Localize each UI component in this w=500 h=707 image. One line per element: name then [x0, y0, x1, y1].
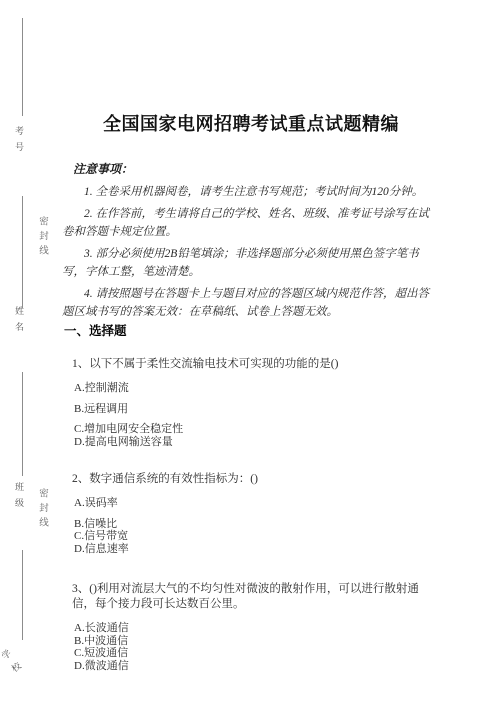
notice-item-3: 3. 部分必须使用2B铅笔填涂；非选择题部分必须使用黑色签字笔书写，字体工整，笔…: [62, 245, 440, 281]
seal-line-segment: [22, 18, 23, 116]
question-3-option-c: C.短波通信: [74, 647, 440, 660]
question-3-options: A.长波通信 B.中波通信 C.短波通信 D.微波通信: [72, 622, 440, 672]
question-3-option-b: B.中波通信: [74, 635, 440, 648]
notice-item-2: 2. 在作答前，考生请将自己的学校、姓名、班级、准考证号涂写在试卷和答题卡规定位…: [62, 205, 440, 241]
notice-item-1: 1. 全卷采用机器阅卷，请考生注意书写规范；考试时间为120分钟。: [62, 183, 440, 201]
question-2: 2、数字通信系统的有效性指标为：() A.误码率 B.信噪比 C.信号带宽 D.…: [72, 472, 440, 555]
question-2-option-b: B.信噪比: [74, 518, 440, 531]
question-3-text: 3、()利用对流层大气的不均匀性对微波的散射作用，可以进行散射通信，每个接力段可…: [72, 582, 440, 612]
question-1-options: A.控制潮流 B.远程调用 C.增加电网安全稳定性 D.提高电网输送容量: [72, 382, 440, 448]
margin-label-name: 姓名: [14, 306, 23, 338]
sealed-line-text: 密封线: [37, 216, 47, 260]
question-2-option-a: A.误码率: [74, 497, 440, 510]
exam-paper-page: 考号 密封线 姓名 班级 密封线 学校 全国国家电网招聘考试重点试题精编 注意事…: [0, 0, 500, 707]
question-1-option-a: A.控制潮流: [74, 382, 440, 395]
question-2-options: A.误码率 B.信噪比 C.信号带宽 D.信息速率: [72, 497, 440, 555]
seal-line-segment: [22, 372, 23, 476]
notice-header: 注意事项：: [73, 160, 440, 177]
question-1-option-b: B.远程调用: [74, 403, 440, 416]
question-1-option-d: D.提高电网输送容量: [74, 436, 440, 449]
exam-content: 全国国家电网招聘考试重点试题精编 注意事项： 1. 全卷采用机器阅卷，请考生注意…: [62, 0, 440, 707]
question-2-option-d: D.信息速率: [74, 543, 440, 556]
question-3-option-d: D.微波通信: [74, 660, 440, 673]
question-2-option-c: C.信号带宽: [74, 530, 440, 543]
question-1: 1、以下不属于柔性交流输电技术可实现的功能的是() A.控制潮流 B.远程调用 …: [72, 357, 440, 448]
question-2-text: 2、数字通信系统的有效性指标为：(): [72, 472, 440, 487]
question-3: 3、()利用对流层大气的不均匀性对微波的散射作用，可以进行散射通信，每个接力段可…: [72, 582, 440, 672]
page-title: 全国国家电网招聘考试重点试题精编: [62, 110, 440, 136]
margin-label-class: 班级: [14, 482, 23, 514]
question-3-option-a: A.长波通信: [74, 622, 440, 635]
question-1-text: 1、以下不属于柔性交流输电技术可实现的功能的是(): [72, 357, 440, 372]
notice-item-4: 4. 请按照题号在答题卡上与题目对应的答题区域内规范作答，超出答题区域书写的答案…: [62, 285, 440, 321]
seal-line-segment: [22, 550, 23, 640]
question-1-option-c: C.增加电网安全稳定性: [74, 423, 440, 436]
section-header-choice-questions: 一、选择题: [64, 321, 127, 339]
notice-section: 注意事项： 1. 全卷采用机器阅卷，请考生注意书写规范；考试时间为120分钟。 …: [62, 160, 440, 325]
seal-line-segment: [22, 196, 23, 308]
margin-label-exam-number: 考号: [14, 126, 23, 158]
margin-label-school: 学校: [0, 649, 26, 680]
sealed-line-text: 密封线: [37, 488, 47, 532]
